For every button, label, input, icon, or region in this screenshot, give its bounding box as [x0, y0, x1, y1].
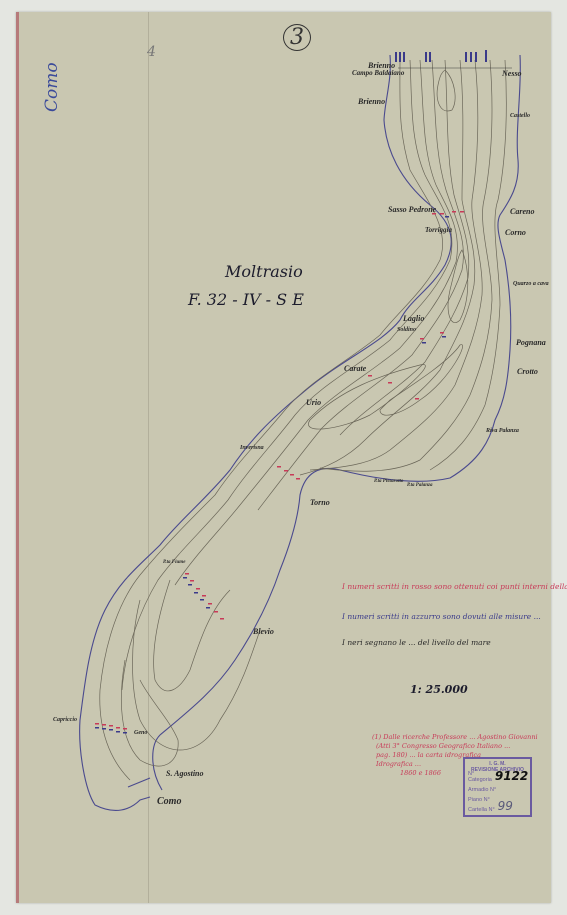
- place-label-crotto: Crotto: [517, 367, 538, 376]
- place-label-sasso-pedrone: Sasso Pedrone: [388, 205, 436, 214]
- pencil-number-mark: 4: [147, 44, 156, 60]
- stamp-label-cartella: Cartella N°: [468, 807, 495, 813]
- place-label-palanza: P.ta Palanza: [407, 483, 432, 488]
- place-label-torriggia: Torriggia: [425, 226, 452, 234]
- sheet-code: F. 32 - IV - S E: [188, 290, 304, 309]
- place-label-corno: Corno: [505, 228, 526, 237]
- stamp-label-piano: Piano N°: [468, 797, 490, 803]
- isobath-lines: [100, 60, 507, 780]
- stamp-label-armadio: Armadio N°: [468, 787, 496, 793]
- place-label-brienno: Brienno: [358, 97, 385, 106]
- place-label-inverisna: Inverisna: [240, 445, 264, 451]
- stamp-value-cartella: 99: [498, 799, 513, 813]
- place-label-punta-fiume: P.ta Fiume: [163, 560, 185, 565]
- eastern-shoreline: [153, 55, 521, 790]
- place-label-quarzo: Quarzo a cava: [513, 281, 549, 287]
- circled-number-mark: 3: [283, 24, 311, 51]
- legend-note-blue: I numeri scritti in azzurro sono dovuti …: [342, 612, 541, 621]
- place-label-pognana: Pognana: [516, 338, 546, 347]
- map-scale: 1: 25.000: [410, 683, 468, 696]
- stamp-value-categoria: 9122: [495, 769, 528, 783]
- place-label-s-agostino: S. Agostino: [166, 769, 204, 778]
- place-label-laglio: Laglio: [403, 314, 424, 323]
- legend-note-black: I neri segnano le ... del livello del ma…: [342, 638, 491, 647]
- place-label-geno: Geno: [134, 730, 147, 736]
- place-label-capriccio: Capriccio: [53, 717, 77, 723]
- footnote-line-2: (Atti 3° Congresso Geografico Italiano .…: [376, 742, 510, 750]
- place-label-nesso: Nesso: [502, 69, 522, 78]
- stamp-row-categoria: N° Categoria 9122: [468, 773, 527, 783]
- place-label-careno: Careno: [510, 207, 534, 216]
- place-label-blevio: Blevio: [253, 627, 274, 636]
- place-label-torno: Torno: [310, 498, 330, 507]
- place-label-como: Como: [157, 796, 181, 807]
- place-label-urio: Urio: [306, 398, 321, 407]
- place-label-campo-baldaiano: Campo Baldaiano: [352, 69, 404, 77]
- footnote-line-1: (1) Dalle ricerche Professore ... Agosti…: [372, 733, 538, 741]
- legend-note-red: I numeri scritti in rosso sono ottenuti …: [342, 582, 567, 591]
- place-label-pissarotto: P.ta Pissarotto: [374, 479, 403, 484]
- footnote-line-4: Idrografica ...: [376, 760, 421, 768]
- place-label-riva-palanza: Riva Palanza: [486, 428, 519, 434]
- stamp-row-armadio: Armadio N°: [468, 783, 527, 793]
- map-title: Moltrasio: [225, 262, 303, 281]
- place-label-carate: Carate: [344, 364, 366, 373]
- blue-como-annotation: Como: [42, 62, 62, 112]
- place-label-soldino: Soldino: [397, 327, 416, 333]
- place-label-castello: Castello: [510, 113, 530, 119]
- stamp-row-cartella: Cartella N° 99: [468, 803, 527, 813]
- stamp-label-categoria: N° Categoria: [468, 771, 492, 783]
- archive-stamp: I. G. M. REVISIONE ARCHIVIO N° Categoria…: [463, 757, 532, 817]
- footnote-line-5: 1860 e 1866: [400, 769, 441, 777]
